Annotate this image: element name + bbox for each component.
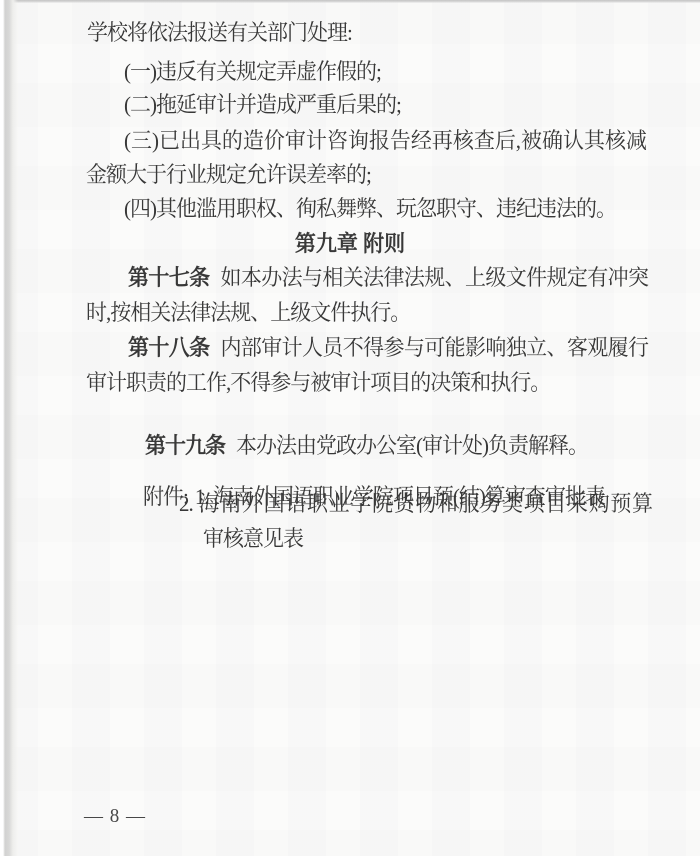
chapter-heading: 第九章 附则 <box>0 230 700 258</box>
list-item-3-line-1: (三)已出具的造价审计咨询报告经再核查后,被确认其核减 <box>124 127 646 155</box>
list-item-1: (一)违反有关规定弄虚作假的; <box>124 58 381 86</box>
attachment-item-2-line-1: 2. 海南外国语职业学院货物和服务类项目采购预算 <box>179 490 652 518</box>
page-number: — 8 — <box>84 803 146 831</box>
list-item-2: (二)拖延审计并造成严重后果的; <box>124 91 401 119</box>
list-item-3-line-2: 金额大于行业规定允许误差率的; <box>86 161 371 189</box>
attachment-item-2-line-2: 审核意见表 <box>203 525 303 553</box>
list-item-4: (四)其他滥用职权、徇私舞弊、玩忽职守、违纪违法的。 <box>124 195 616 223</box>
article-18-text: 内部审计人员不得参与可能影响独立、客观履行 <box>221 335 649 360</box>
article-17-text: 如本办法与相关法律法规、上级文件规定有冲突 <box>221 265 649 290</box>
intro-line: 学校将依法报送有关部门处理: <box>87 19 352 47</box>
scan-top-edge <box>0 0 700 3</box>
scanned-document-page: 学校将依法报送有关部门处理: (一)违反有关规定弄虚作假的; (二)拖延审计并造… <box>0 0 700 856</box>
article-17-number: 第十七条 <box>128 265 210 290</box>
article-18-line-2: 审计职责的工作,不得参与被审计项目的决策和执行。 <box>86 369 550 397</box>
article-18-number: 第十八条 <box>128 335 210 360</box>
article-18-line-1: 第十八条内部审计人员不得参与可能影响独立、客观履行 <box>128 334 648 362</box>
scan-left-edge <box>0 0 18 856</box>
article-17-line-1: 第十七条如本办法与相关法律法规、上级文件规定有冲突 <box>128 264 648 292</box>
article-17-line-2: 时,按相关法律法规、上级文件执行。 <box>86 299 410 327</box>
